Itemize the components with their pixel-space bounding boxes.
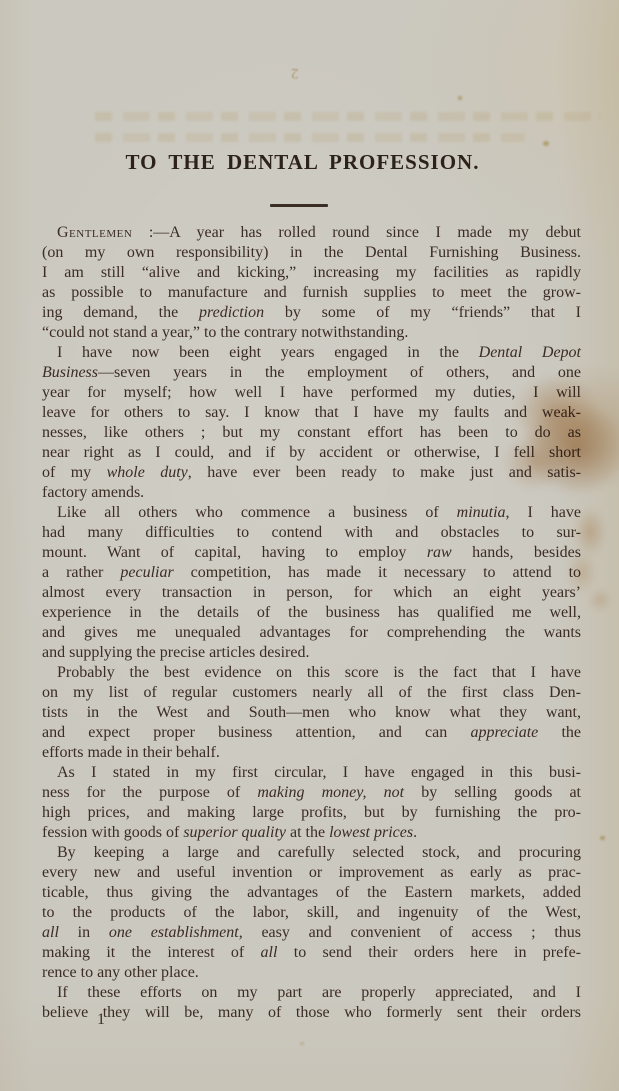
text-run: :—A year has rolled round since I made m…: [132, 224, 581, 241]
text-run: Like all others who commence a business …: [57, 504, 457, 521]
text-run: all: [42, 924, 59, 941]
text-run: appreciate: [470, 724, 538, 741]
text-line: ticable, thus giving the advantages of t…: [42, 883, 581, 903]
text-line: believe they will be, many of those who …: [42, 1003, 581, 1023]
text-run: prediction: [199, 304, 264, 321]
text-line: high prices, and making large profits, b…: [42, 803, 581, 823]
text-run: efforts made in their behalf.: [42, 744, 220, 761]
text-run: of my: [42, 464, 107, 481]
text-line: Gentlemen :—A year has rolled round sinc…: [42, 223, 581, 243]
text-line: I have now been eight years engaged in t…: [42, 343, 581, 363]
text-line: leave for others to say. I know that I h…: [42, 403, 581, 423]
page-title: TO THE DENTAL PROFESSION.: [0, 150, 605, 175]
text-run: making money, not: [257, 784, 404, 801]
paper-speck: [300, 1042, 304, 1045]
text-run: as possible to manufacture and furnish s…: [42, 284, 581, 301]
text-run: all: [261, 944, 278, 961]
text-run: high prices, and making large profits, b…: [42, 804, 581, 821]
text-run: Probably the best evidence on this score…: [57, 664, 581, 681]
text-run: —seven years in the employment of others…: [98, 364, 581, 381]
body-text: Gentlemen :—A year has rolled round sinc…: [42, 223, 581, 1023]
text-line: year for myself; how well I have perform…: [42, 383, 581, 403]
text-line: and expect proper business attention, an…: [42, 723, 581, 743]
page-number: 1: [97, 1011, 105, 1029]
text-run: By keeping a large and carefully selecte…: [57, 844, 581, 861]
text-run: ticable, thus giving the advantages of t…: [42, 884, 581, 901]
text-run: and gives me unequaled advantages for co…: [42, 624, 581, 641]
text-run: peculiar: [120, 564, 173, 581]
text-run: and supplying the precise articles desir…: [42, 644, 309, 661]
text-line: making it the interest of all to send th…: [42, 943, 581, 963]
text-run: I am still “alive and kicking,” increasi…: [42, 264, 581, 281]
text-line: as possible to manufacture and furnish s…: [42, 283, 581, 303]
text-run: mount. Want of capital, having to employ: [42, 544, 427, 561]
text-run: near right as I could, and if by acciden…: [42, 444, 581, 461]
text-run: Gentlemen: [57, 224, 132, 241]
text-line: of my whole duty, have ever been ready t…: [42, 463, 581, 483]
text-run: superior quality: [183, 824, 286, 841]
text-line: By keeping a large and carefully selecte…: [42, 843, 581, 863]
text-run: on my list of regular customers nearly a…: [42, 684, 581, 701]
text-line: a rather peculiar competition, has made …: [42, 563, 581, 583]
text-line: near right as I could, and if by acciden…: [42, 443, 581, 463]
text-run: almost every transaction in person, for …: [42, 584, 581, 601]
text-run: had many difficulties to contend with an…: [42, 524, 581, 541]
text-line: nesses, like others ; but my constant ef…: [42, 423, 581, 443]
bleedthrough-text-line: [95, 112, 600, 121]
text-line: As I stated in my first circular, I have…: [42, 763, 581, 783]
text-run: to the products of the labor, skill, and…: [42, 904, 581, 921]
text-run: “could not stand a year,” to the contrar…: [42, 324, 408, 341]
text-run: , easy and convenient of access ; thus: [239, 924, 581, 941]
text-run: competition, has made it necessary to at…: [174, 564, 581, 581]
text-run: hands, besides: [452, 544, 581, 561]
text-line: (on my own responsibility) in the Dental…: [42, 243, 581, 263]
text-line: experience in the details of the busines…: [42, 603, 581, 623]
text-run: fession with goods of: [42, 824, 183, 841]
text-run: , have ever been ready to make just and …: [188, 464, 581, 481]
text-line: I am still “alive and kicking,” increasi…: [42, 263, 581, 283]
text-line: on my list of regular customers nearly a…: [42, 683, 581, 703]
text-line: “could not stand a year,” to the contrar…: [42, 323, 581, 343]
text-run: one establishment: [109, 924, 239, 941]
text-run: making it the interest of: [42, 944, 261, 961]
paper-speck: [600, 836, 605, 840]
text-run: Dental Depot: [479, 344, 581, 361]
text-line: ing demand, the prediction by some of my…: [42, 303, 581, 323]
page-bleedthrough-number: 2: [291, 64, 299, 81]
text-run: by some of my “friends” that I: [264, 304, 581, 321]
text-run: leave for others to say. I know that I h…: [42, 404, 581, 421]
paper-speck: [458, 96, 462, 100]
text-run: by selling goods at: [404, 784, 581, 801]
text-run: ness for the purpose of: [42, 784, 257, 801]
text-run: If these efforts on my part are properly…: [57, 984, 581, 1001]
text-run: the: [538, 724, 581, 741]
text-line: Probably the best evidence on this score…: [42, 663, 581, 683]
text-line: had many difficulties to contend with an…: [42, 523, 581, 543]
title-divider: [270, 204, 328, 207]
paper-speck: [543, 141, 549, 146]
text-line: and supplying the precise articles desir…: [42, 643, 581, 663]
text-line: Like all others who commence a business …: [42, 503, 581, 523]
text-run: .: [413, 824, 417, 841]
text-line: mount. Want of capital, having to employ…: [42, 543, 581, 563]
text-line: factory amends.: [42, 483, 581, 503]
text-run: to send their orders here in prefe-: [277, 944, 581, 961]
bleedthrough-text-line: [95, 133, 525, 142]
text-run: I have now been eight years engaged in t…: [57, 344, 479, 361]
text-run: As I stated in my first circular, I have…: [57, 764, 581, 781]
text-line: rence to any other place.: [42, 963, 581, 983]
text-line: and gives me unequaled advantages for co…: [42, 623, 581, 643]
text-run: minutia: [457, 504, 506, 521]
text-run: whole duty: [107, 464, 188, 481]
text-run: nesses, like others ; but my constant ef…: [42, 424, 581, 441]
text-run: rence to any other place.: [42, 964, 199, 981]
text-line: tists in the West and South—men who know…: [42, 703, 581, 723]
text-run: lowest prices: [329, 824, 413, 841]
text-run: a rather: [42, 564, 120, 581]
text-run: factory amends.: [42, 484, 144, 501]
scanned-page: 2 TO THE DENTAL PROFESSION. Gentlemen :—…: [0, 0, 619, 1091]
text-line: efforts made in their behalf.: [42, 743, 581, 763]
text-run: tists in the West and South—men who know…: [42, 704, 581, 721]
text-line: ness for the purpose of making money, no…: [42, 783, 581, 803]
text-run: , I have: [506, 504, 581, 521]
text-run: and expect proper business attention, an…: [42, 724, 470, 741]
text-line: almost every transaction in person, for …: [42, 583, 581, 603]
text-line: If these efforts on my part are properly…: [42, 983, 581, 1003]
text-line: Business—seven years in the employment o…: [42, 363, 581, 383]
text-run: raw: [427, 544, 452, 561]
text-run: Business: [42, 364, 98, 381]
text-line: to the products of the labor, skill, and…: [42, 903, 581, 923]
text-run: in: [59, 924, 109, 941]
text-run: believe they will be, many of those who …: [42, 1004, 581, 1021]
text-run: ing demand, the: [42, 304, 199, 321]
text-line: fession with goods of superior quality a…: [42, 823, 581, 843]
text-line: all in one establishment, easy and conve…: [42, 923, 581, 943]
text-line: every new and useful invention or improv…: [42, 863, 581, 883]
text-run: experience in the details of the busines…: [42, 604, 581, 621]
text-run: every new and useful invention or improv…: [42, 864, 581, 881]
text-run: (on my own responsibility) in the Dental…: [42, 244, 581, 261]
text-run: year for myself; how well I have perform…: [42, 384, 581, 401]
text-run: at the: [286, 824, 329, 841]
